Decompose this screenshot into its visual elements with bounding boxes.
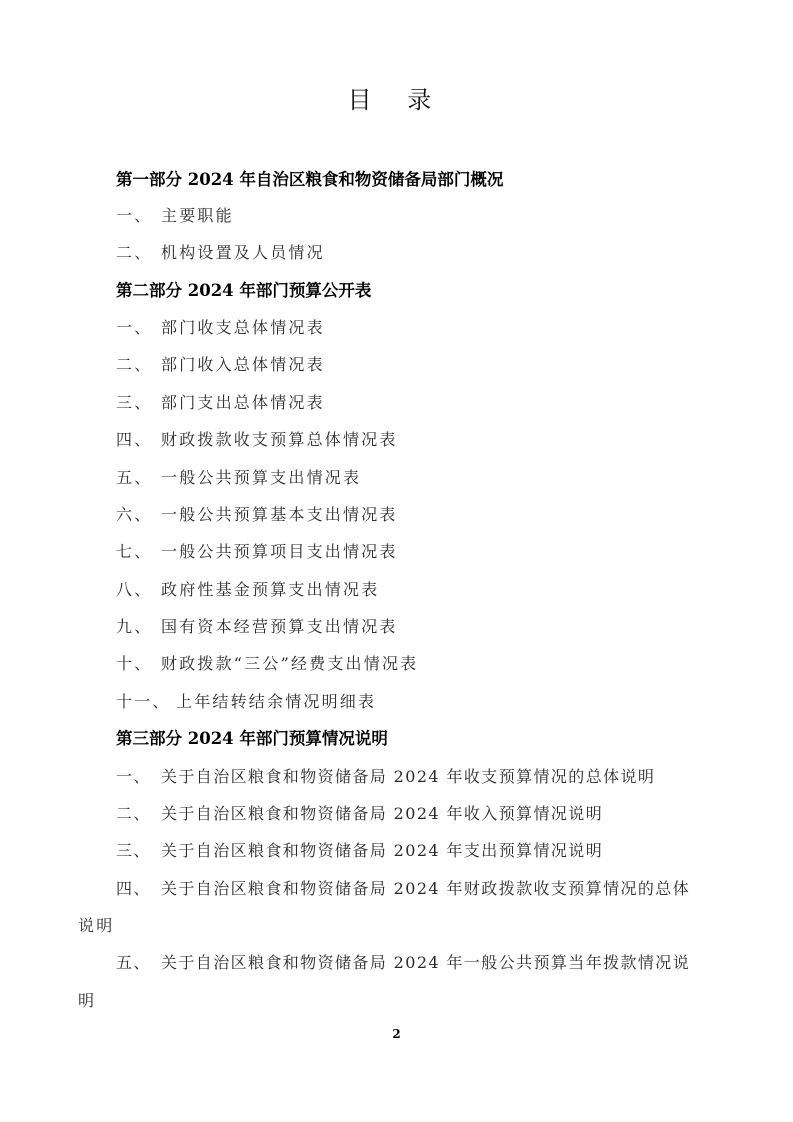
- item-text: 部门支出总体情况表: [161, 393, 325, 412]
- item-number: 四、: [116, 430, 161, 450]
- item-text: 财政拨款收支预算总体情况表: [161, 430, 398, 449]
- toc-part3-item-4-continuation[interactable]: 说明: [78, 916, 114, 936]
- item-number: 十一、: [116, 692, 176, 712]
- item-text: 主要职能: [161, 206, 234, 225]
- item-number: 三、: [116, 393, 161, 413]
- toc-part3-item-1[interactable]: 一、关于自治区粮食和物资储备局 2024 年收支预算情况的总体说明: [116, 767, 655, 787]
- item-text: 一般公共预算项目支出情况表: [161, 542, 398, 561]
- item-text: 关于自治区粮食和物资储备局 2024 年收支预算情况的总体说明: [161, 767, 655, 786]
- item-text: 上年结转结余情况明细表: [176, 692, 376, 711]
- item-text: 部门收入总体情况表: [161, 355, 325, 374]
- item-number: 五、: [116, 953, 161, 973]
- toc-part1-heading[interactable]: 第一部分 2024 年自治区粮食和物资储备局部门概况: [116, 170, 503, 190]
- toc-part1-item-2[interactable]: 二、机构设置及人员情况: [116, 243, 325, 263]
- toc-part2-item-3[interactable]: 三、部门支出总体情况表: [116, 393, 325, 413]
- toc-part2-heading[interactable]: 第二部分 2024 年部门预算公开表: [116, 281, 371, 301]
- toc-part3-item-3[interactable]: 三、关于自治区粮食和物资储备局 2024 年支出预算情况说明: [116, 841, 603, 861]
- item-number: 十、: [116, 654, 161, 674]
- item-number: 六、: [116, 505, 161, 525]
- item-number: 二、: [116, 804, 161, 824]
- item-text: 国有资本经营预算支出情况表: [161, 617, 398, 636]
- item-number: 一、: [116, 767, 161, 787]
- item-text: 关于自治区粮食和物资储备局 2024 年支出预算情况说明: [161, 841, 603, 860]
- toc-part2-item-10[interactable]: 十、财政拨款“三公”经费支出情况表: [116, 654, 418, 674]
- item-number: 五、: [116, 468, 161, 488]
- toc-part2-item-2[interactable]: 二、部门收入总体情况表: [116, 355, 325, 375]
- item-text: 机构设置及人员情况: [161, 243, 325, 262]
- item-text: 关于自治区粮食和物资储备局 2024 年财政拨款收支预算情况的总体: [161, 879, 690, 898]
- item-number: 九、: [116, 617, 161, 637]
- toc-part2-item-7[interactable]: 七、一般公共预算项目支出情况表: [116, 542, 398, 562]
- item-text: 部门收支总体情况表: [161, 318, 325, 337]
- item-number: 七、: [116, 542, 161, 562]
- item-number: 二、: [116, 355, 161, 375]
- item-number: 一、: [116, 318, 161, 338]
- item-number: 二、: [116, 243, 161, 263]
- item-text: 一般公共预算基本支出情况表: [161, 505, 398, 524]
- toc-part2-item-9[interactable]: 九、国有资本经营预算支出情况表: [116, 617, 398, 637]
- item-text: 政府性基金预算支出情况表: [161, 580, 379, 599]
- item-text: 关于自治区粮食和物资储备局 2024 年收入预算情况说明: [161, 804, 603, 823]
- page-number: 2: [0, 1027, 793, 1041]
- item-text: 一般公共预算支出情况表: [161, 468, 361, 487]
- toc-part3-item-5-continuation[interactable]: 明: [78, 991, 96, 1011]
- toc-part3-item-4[interactable]: 四、关于自治区粮食和物资储备局 2024 年财政拨款收支预算情况的总体: [116, 879, 690, 899]
- toc-part2-item-8[interactable]: 八、政府性基金预算支出情况表: [116, 580, 379, 600]
- item-number: 八、: [116, 580, 161, 600]
- toc-title: 目 录: [0, 80, 793, 115]
- item-number: 三、: [116, 841, 161, 861]
- toc-part3-item-5[interactable]: 五、关于自治区粮食和物资储备局 2024 年一般公共预算当年拨款情况说: [116, 953, 690, 973]
- toc-part2-item-4[interactable]: 四、财政拨款收支预算总体情况表: [116, 430, 398, 450]
- toc-part1-item-1[interactable]: 一、主要职能: [116, 206, 234, 226]
- item-text: 财政拨款“三公”经费支出情况表: [161, 654, 418, 673]
- item-text: 关于自治区粮食和物资储备局 2024 年一般公共预算当年拨款情况说: [161, 953, 690, 972]
- toc-part2-item-6[interactable]: 六、一般公共预算基本支出情况表: [116, 505, 398, 525]
- toc-part3-item-2[interactable]: 二、关于自治区粮食和物资储备局 2024 年收入预算情况说明: [116, 804, 603, 824]
- toc-part2-item-11[interactable]: 十一、上年结转结余情况明细表: [116, 692, 376, 712]
- toc-part3-heading[interactable]: 第三部分 2024 年部门预算情况说明: [116, 729, 388, 749]
- toc-part2-item-5[interactable]: 五、一般公共预算支出情况表: [116, 468, 361, 488]
- item-number: 四、: [116, 879, 161, 899]
- item-number: 一、: [116, 206, 161, 226]
- toc-part2-item-1[interactable]: 一、部门收支总体情况表: [116, 318, 325, 338]
